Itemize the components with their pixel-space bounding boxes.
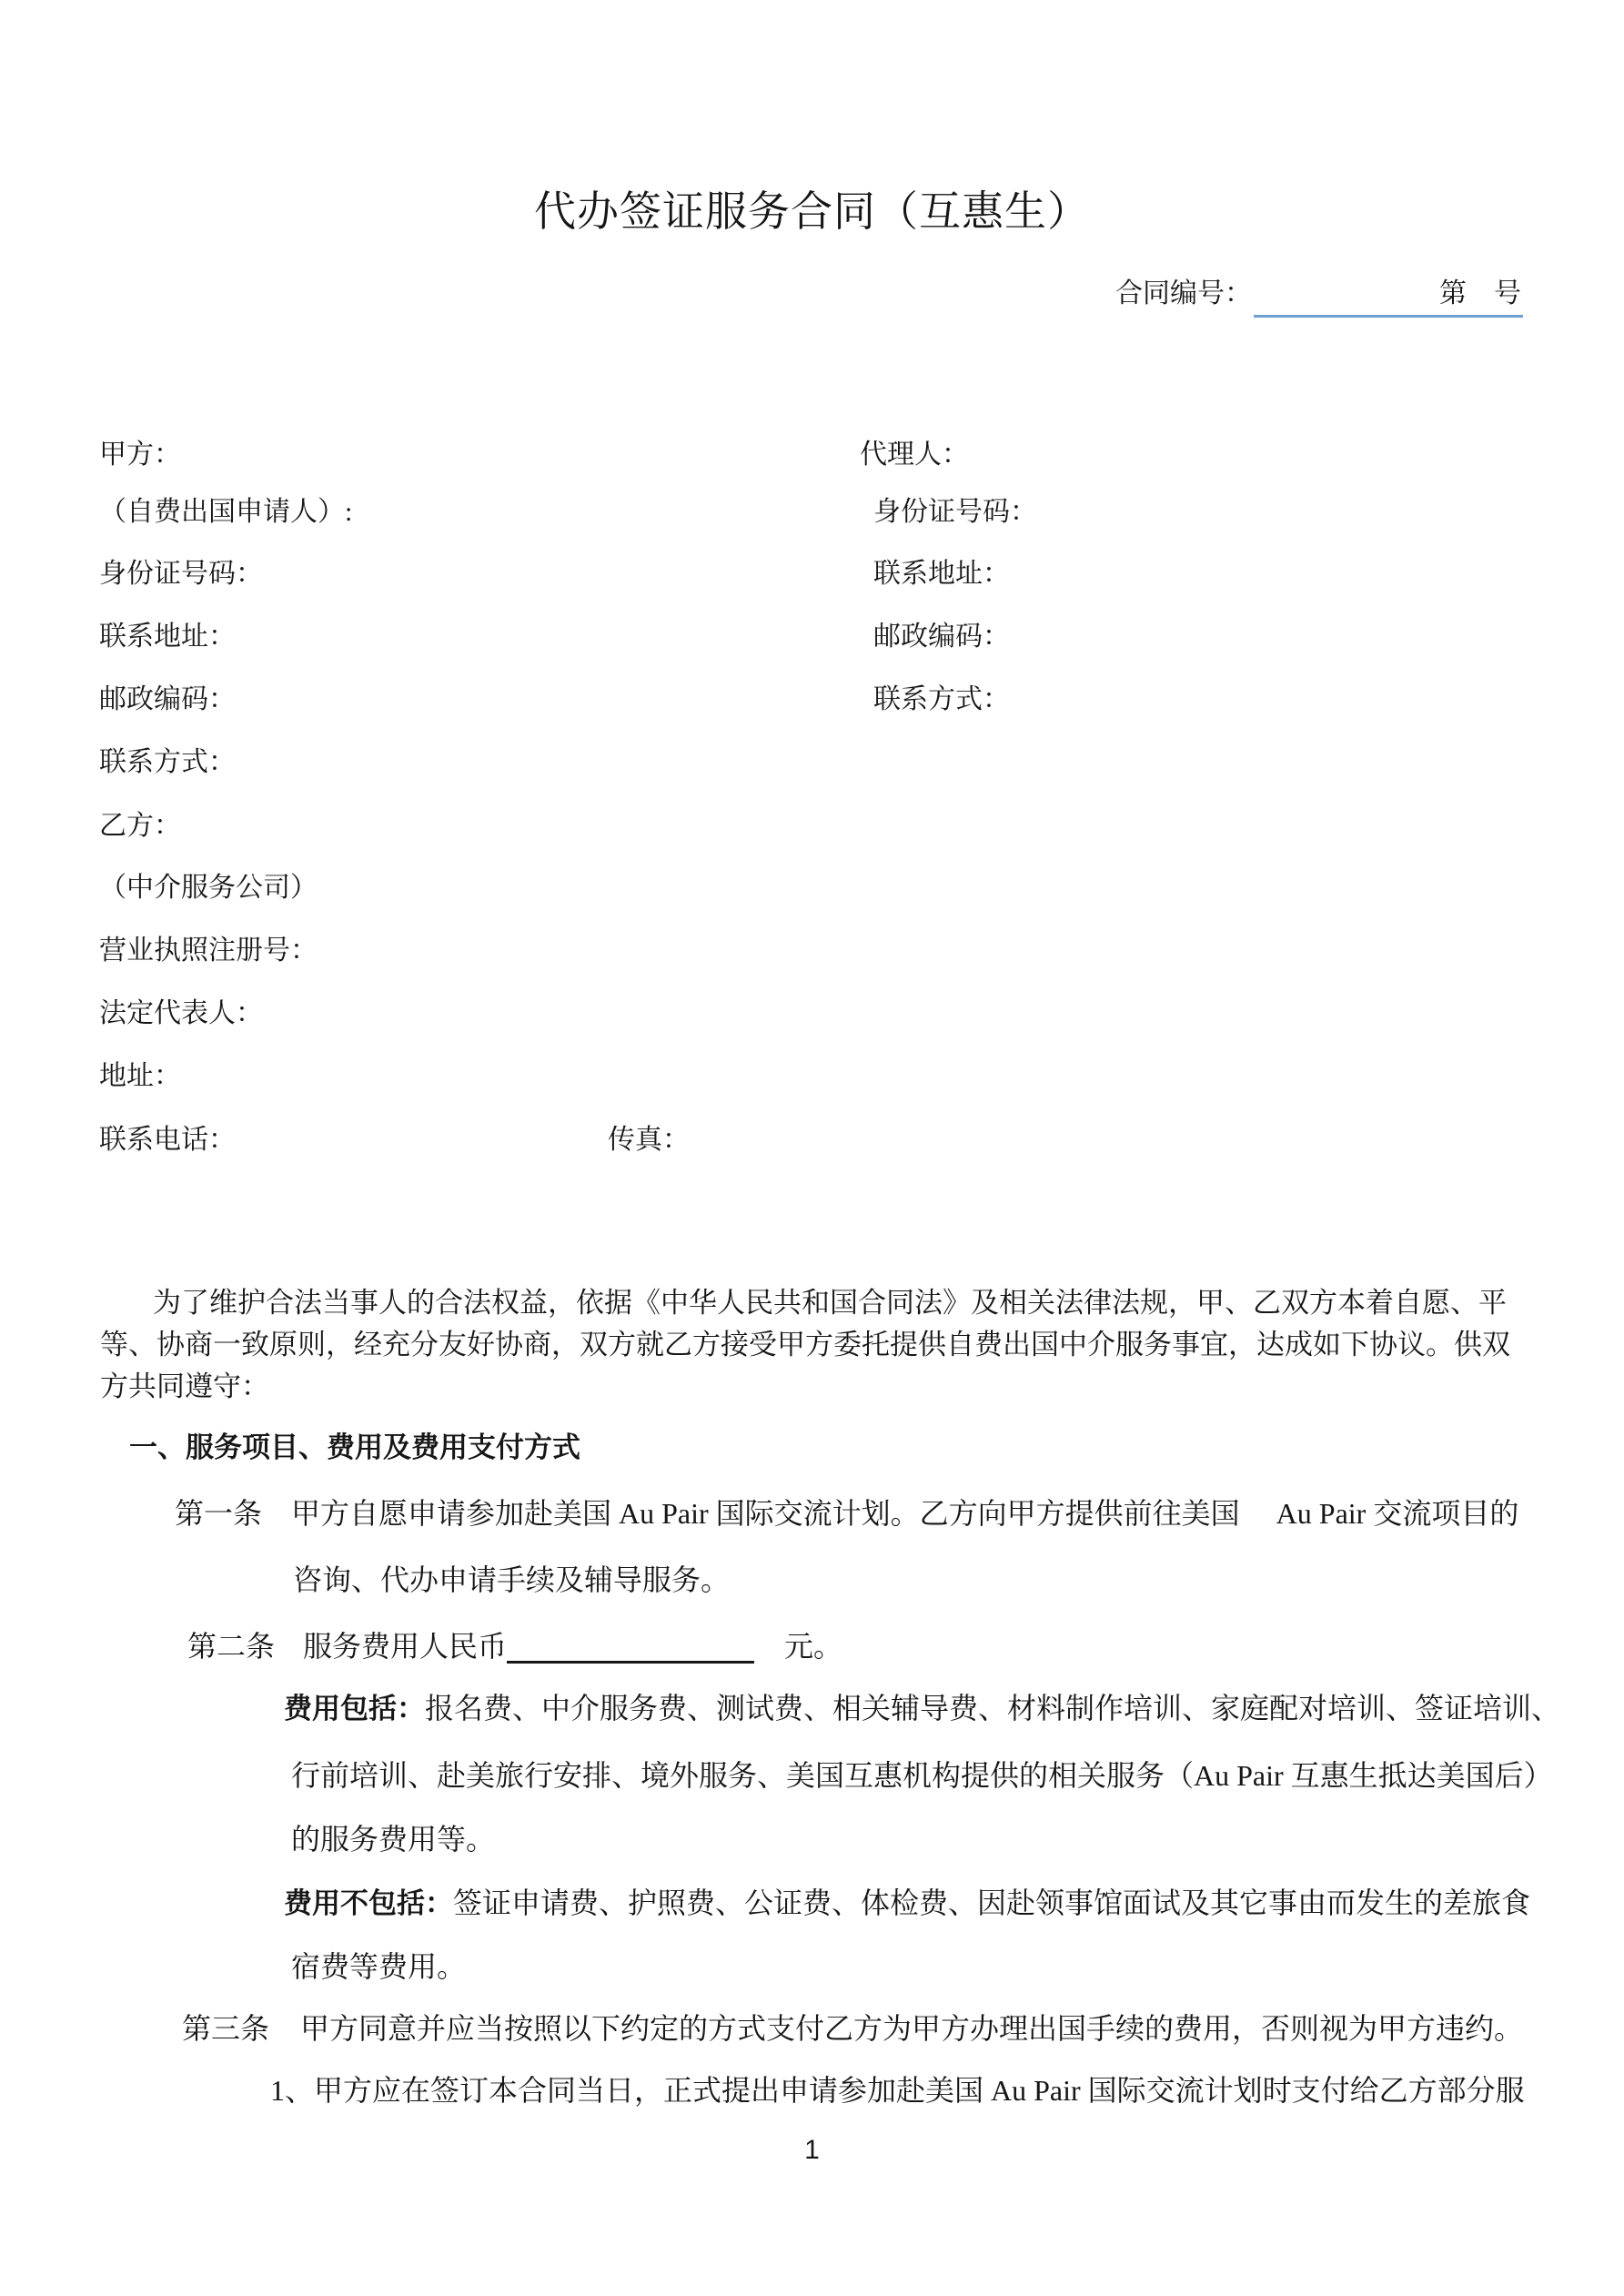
contract-document-page: 代办签证服务合同（互惠生） 合同编号： 第 号 甲方： （自费出国申请人）: 身… [0,0,1624,2296]
party-b-phone-label: 联系电话： [99,1124,236,1157]
party-b-company-label: （中介服务公司） [99,872,318,905]
party-b-license-label: 营业执照注册号： [99,935,318,967]
section-1-heading: 一、服务项目、费用及费用支付方式 [129,1431,580,1464]
article-1-line-2: 咨询、代办申请手续及辅导服务。 [293,1563,730,1597]
preamble-line-3: 方共同遵守： [100,1370,269,1403]
party-b-fax-label: 传真： [608,1124,690,1157]
party-a-id-number-label: 身份证号码： [99,558,263,591]
service-fee-amount-blank[interactable] [507,1661,754,1664]
preamble-line-1: 为了维护合法当事人的合法权益，依据《中华人民共和国合同法》及相关法律法规，甲、乙… [100,1286,1507,1320]
fees-excluded-label: 费用不包括： [284,1887,453,1919]
page-number: 1 [0,2135,1624,2166]
fees-included-line-1: 费用包括：报名费、中介服务费、测试费、相关辅导费、材料制作培训、家庭配对培训、签… [284,1691,1560,1725]
party-a-postcode-label: 邮政编码： [99,683,236,716]
agent-label: 代理人： [860,439,969,471]
article-2-text: 服务费用人民币 [303,1630,507,1663]
article-1-line-1: 第一条甲方自愿申请参加赴美国 Au Pair 国际交流计划。乙方向甲方提供前往美… [175,1496,1518,1531]
fees-excluded-text-1: 签证申请费、护照费、公证费、体检费、因赴领事馆面试及其它事由而发生的差旅食 [453,1886,1530,1919]
article-3-text: 甲方同意并应当按照以下约定的方式支付乙方为甲方办理出国手续的费用，否则视为甲方违… [300,2012,1523,2045]
party-a-address-label: 联系地址： [99,621,236,653]
article-1-text: 甲方自愿申请参加赴美国 Au Pair 国际交流计划。乙方向甲方提供前往美国 A… [291,1497,1518,1530]
preamble-line-2: 等、协商一致原则，经充分友好协商，双方就乙方接受甲方委托提供自费出国中介服务事宜… [100,1328,1510,1361]
contract-number-blank[interactable]: 第 号 [1254,273,1523,318]
fees-included-text-1: 报名费、中介服务费、测试费、相关辅导费、材料制作培训、家庭配对培训、签证培训、 [425,1692,1560,1725]
contract-number-label: 合同编号： [1115,273,1252,315]
party-b-legal-rep-label: 法定代表人： [99,997,263,1030]
agent-contact-label: 联系方式： [873,683,1010,716]
party-a-contact-label: 联系方式： [99,746,236,779]
fees-included-line-2: 行前培训、赴美旅行安排、境外服务、美国互惠机构提供的相关服务（Au Pair 互… [291,1758,1553,1793]
contract-number-value: 第 号 [1439,278,1521,308]
fees-included-line-3: 的服务费用等。 [291,1822,495,1856]
party-b-label: 乙方： [99,810,181,843]
article-3-item-1: 1、甲方应在签订本合同当日，正式提出申请参加赴美国 Au Pair 国际交流计划… [270,2073,1525,2108]
fees-excluded-line-1: 费用不包括：签证申请费、护照费、公证费、体检费、因赴领事馆面试及其它事由而发生的… [284,1886,1530,1920]
document-title: 代办签证服务合同（互惠生） [0,178,1624,238]
party-a-label: 甲方： [99,439,181,471]
agent-postcode-label: 邮政编码： [873,621,1010,653]
agent-address-label: 联系地址： [873,558,1010,591]
article-1-label: 第一条 [175,1497,262,1530]
contract-number-row: 合同编号： 第 号 [1115,273,1534,319]
article-2-unit: 元。 [784,1630,842,1663]
party-b-address-label: 地址： [99,1060,181,1093]
fees-included-label: 费用包括： [284,1693,425,1725]
article-2-label: 第二条 [187,1630,275,1663]
article-3-line: 第三条甲方同意并应当按照以下约定的方式支付乙方为甲方办理出国手续的费用，否则视为… [182,2011,1523,2046]
article-3-label: 第三条 [182,2012,269,2045]
agent-id-number-label: 身份证号码： [873,496,1037,529]
article-2-line: 第二条服务费用人民币元。 [187,1629,842,1664]
fees-excluded-line-2: 宿费等费用。 [291,1949,466,1984]
party-a-applicant-label: （自费出国申请人）: [99,496,352,529]
